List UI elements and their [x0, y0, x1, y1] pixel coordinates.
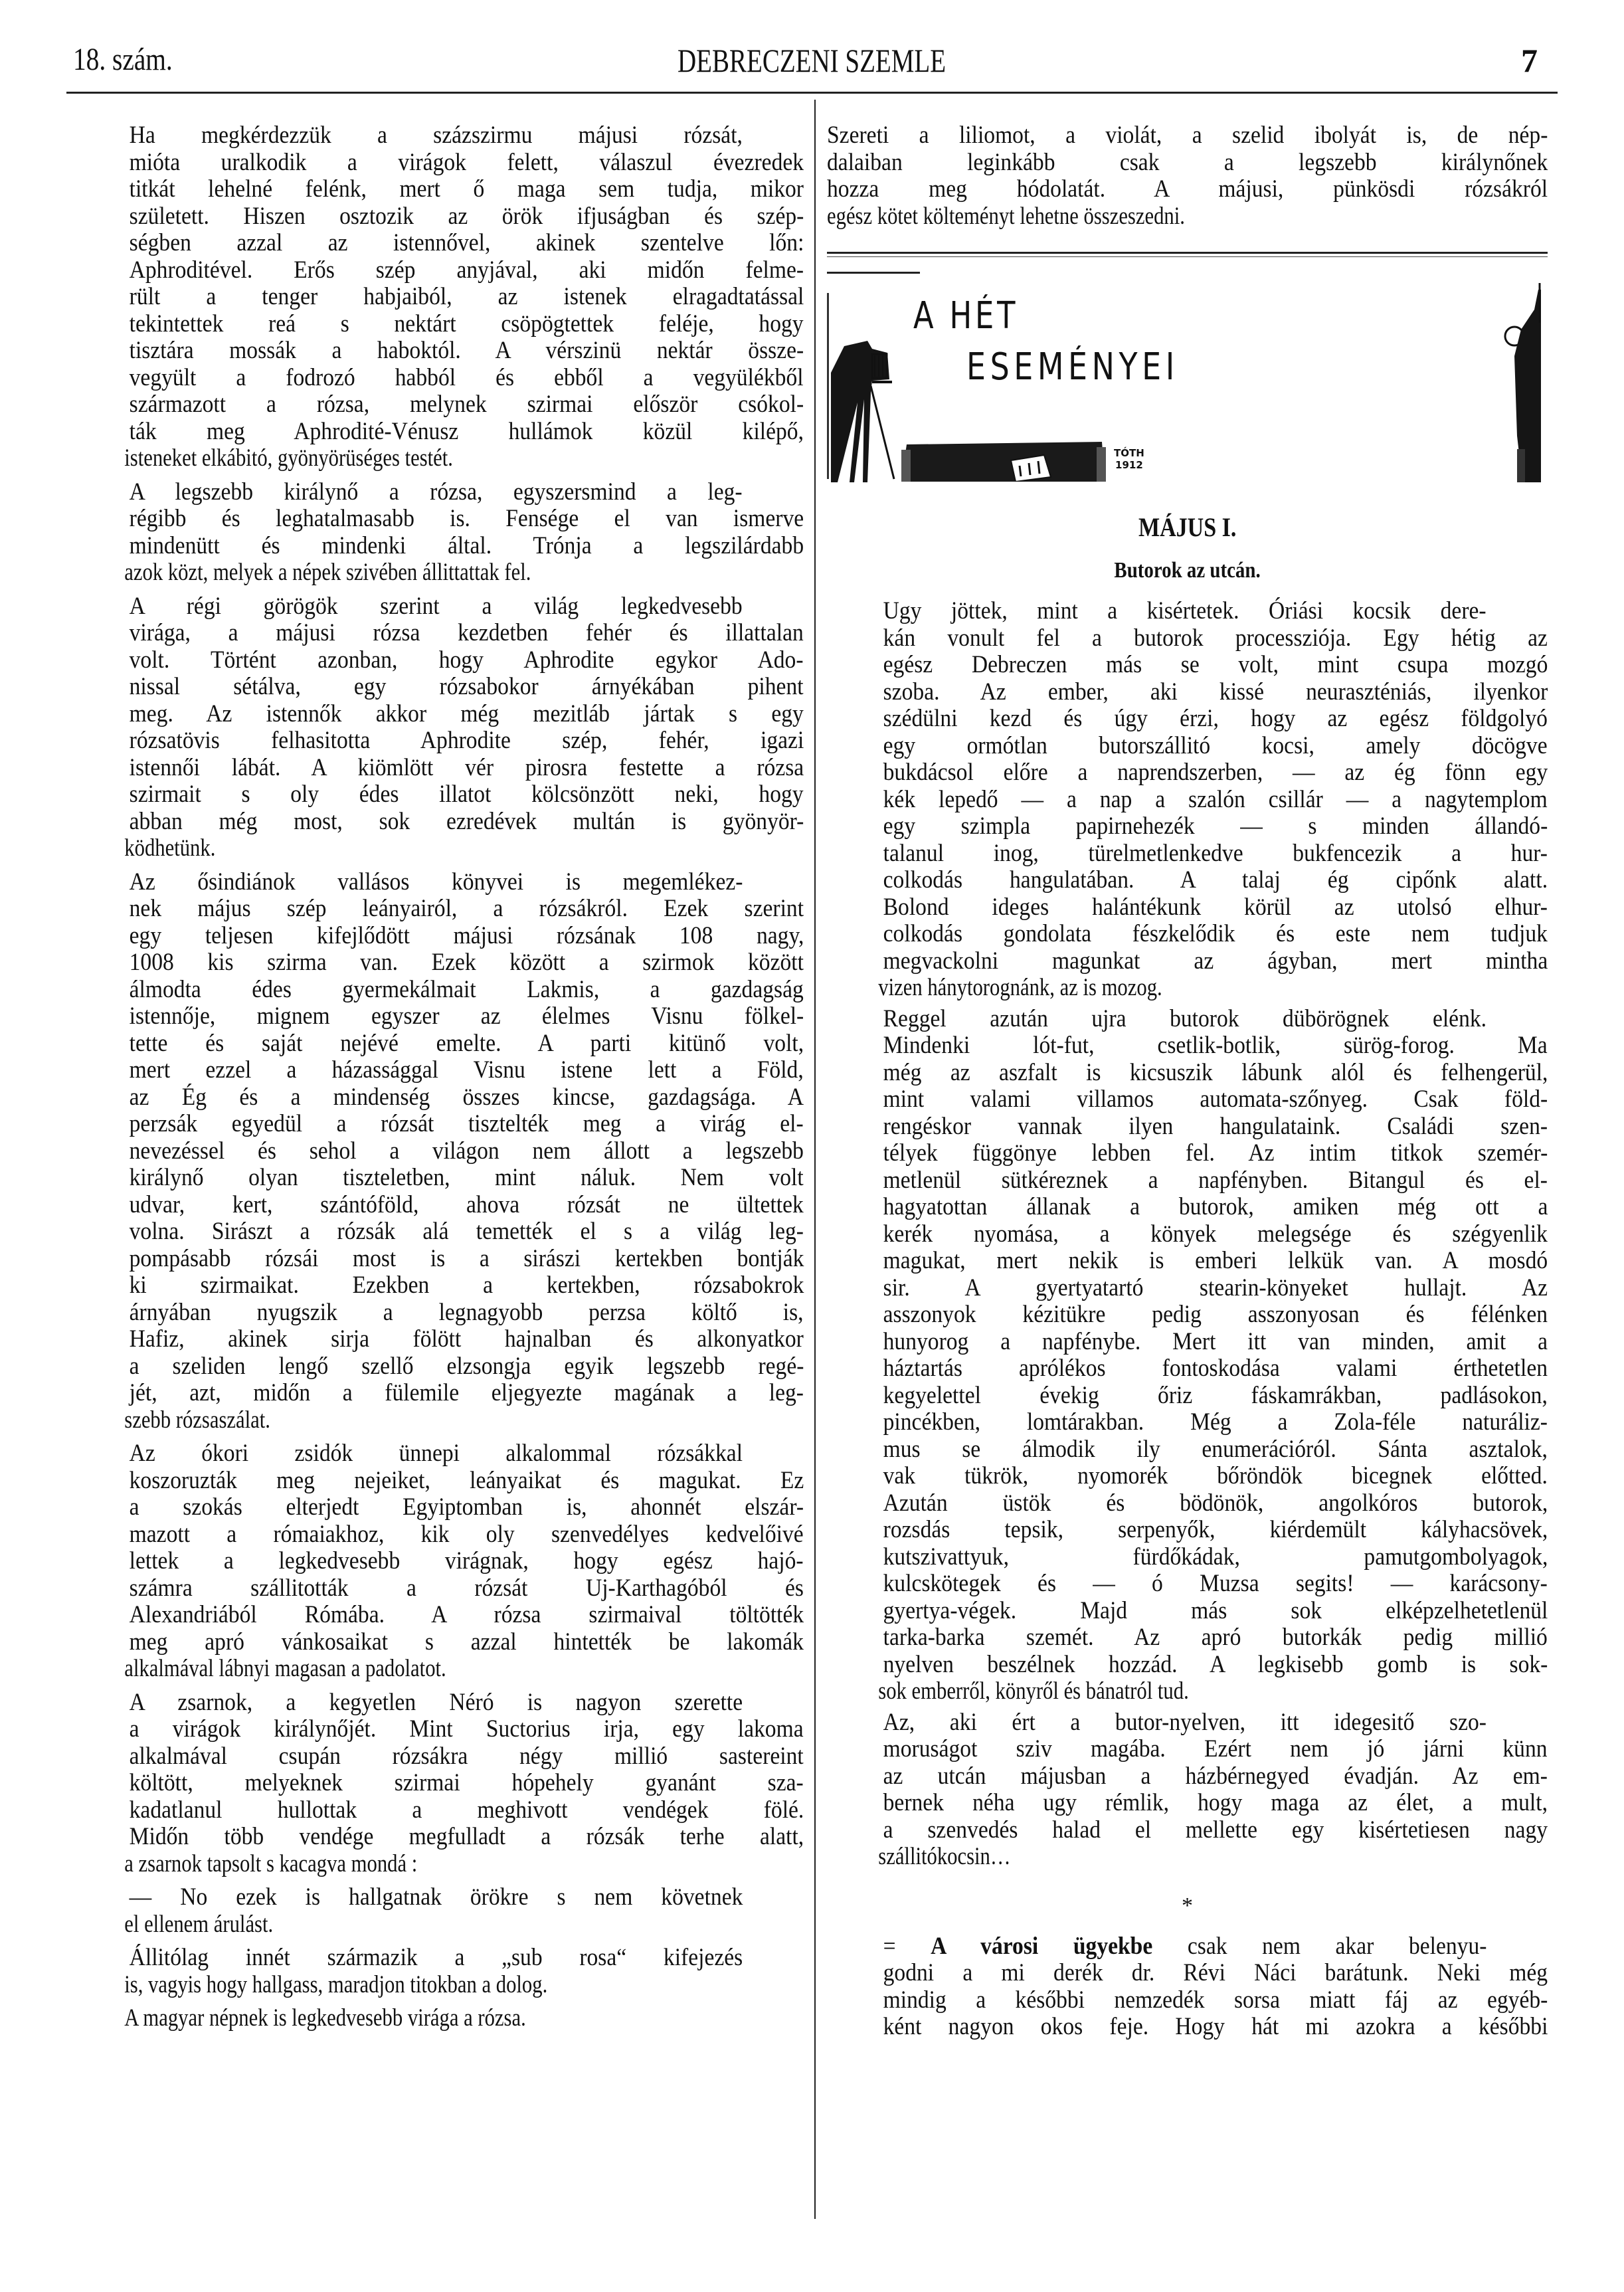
text-line: pompásabb rózsái most is a sirászi kerte…	[73, 1245, 603, 1272]
text-line: szállitókocsin…	[827, 1843, 1010, 1870]
header-rule	[66, 92, 1558, 94]
text-line: mindig a későbbi nemzedék sorsa miatt fá…	[827, 1986, 1356, 2014]
text-line: a szeliden lengő szellő elzsongja egyik …	[73, 1353, 610, 1380]
text-line: pincékben, lomtárakban. Még a Zola-féle …	[827, 1408, 1343, 1436]
news-item-first-line: = A városi ügyekbe csak nem akar belenyu…	[827, 1933, 1281, 1960]
text-line: tekintettek reá s nektárt csöpögtettek f…	[73, 310, 567, 337]
text-line: magukat, mert nekik is emberi lelkük van…	[827, 1247, 1344, 1274]
text-line: lettek a legkedvesebb virágnak, hogy egé…	[73, 1547, 567, 1575]
text-line: koszoruzták meg nejeiket, leányaikat és …	[73, 1467, 601, 1494]
text-line: gyertya-végek. Majd más sok elképzelhete…	[827, 1597, 1314, 1624]
text-line: ták meg Aphrodité-Vénusz hullámok közül …	[73, 418, 581, 445]
text-line: titkát lehelné felénk, mert ő maga sem t…	[73, 175, 585, 203]
text-line: Hafiz, akinek sirja fölött hajnalban és …	[73, 1325, 576, 1353]
text-line: Reggel azután ujra butorok dübörögnek el…	[827, 1005, 1297, 1032]
text-line: álmodta édes gyermekálmait Lakmis, a gaz…	[73, 976, 578, 1003]
text-line: szirmait s oly édes illatot kölcsönzött …	[73, 781, 561, 808]
text-line: bernek néha ugy rémlik, hogy maga az éle…	[827, 1789, 1340, 1816]
text-line: mióta uralkodik a virágok felett, válasz…	[73, 149, 592, 176]
text-line: az utcán májusban a házbérnegyed évadján…	[827, 1763, 1344, 1790]
text-line: Az, aki ért a butor-nyelven, itt idegesi…	[827, 1709, 1281, 1736]
text-line: azok közt, melyek a népek szivében állit…	[73, 559, 531, 586]
left-column: Ha megkérdezzük a százszirmu májusi rózs…	[73, 122, 804, 2032]
text-line: isteneket elkábitó, gyönyörüséges testét…	[73, 444, 453, 472]
paragraph: A legszebb királynő a rózsa, egyszersmin…	[73, 478, 804, 586]
text-line: Ha megkérdezzük a százszirmu májusi rózs…	[73, 122, 541, 149]
text-line: Mindenki lót-fut, csetlik-botlik, sürög-…	[827, 1032, 1318, 1059]
running-header: 18. szám. DEBRECZENI SZEMLE 7	[73, 41, 1551, 88]
paragraph: Állitólag innét származik a „sub rosa“ k…	[73, 1944, 804, 1998]
text-line: kék lepedő — a nap a szalón csillár — a …	[827, 786, 1372, 813]
intro-paragraph: Szereti a liliomot, a violát, a szelid i…	[827, 122, 1548, 229]
text-line: Azután üstök és bödönök, angolkóros buto…	[827, 1489, 1300, 1517]
camera-on-tripod-icon	[831, 339, 904, 482]
section-heading: MÁJUS I.	[827, 511, 1548, 544]
text-line: Az ókori zsidók ünnepi alkalommal rózsák…	[73, 1440, 540, 1467]
text-line: télyek függönye lebben fel. Az intim tit…	[827, 1139, 1343, 1167]
text-line: egy teljesen kifejlődött májusi rózsának…	[73, 922, 575, 949]
text-line: tarka-barka szemét. Az apró butorkák ped…	[827, 1624, 1332, 1651]
paragraph: A magyar népnek is legkedvesebb virága a…	[73, 2004, 804, 2032]
text-line: Bolond ideges halántékunk körül az utols…	[827, 894, 1322, 921]
text-line: nissal sétálva, egy rózsabokor árnyékába…	[73, 673, 566, 700]
text-line: — No ezek is hallgatnak örökre s nem köv…	[73, 1883, 559, 1911]
section-separator: *	[827, 1893, 1548, 1919]
text-line: rengéskor vannak ilyen hangulataink. Csa…	[827, 1113, 1342, 1140]
text-line: az Ég és a mindenség összes kincse, gazd…	[73, 1084, 586, 1111]
text-line: Alexandriából Rómába. A rózsa szirmaival…	[73, 1601, 592, 1628]
illustrator-signature: TÓTH 1912	[1114, 447, 1144, 471]
text-line: Ugy jöttek, mint a kisértetek. Óriási ko…	[827, 597, 1319, 624]
text-line: Aphroditével. Erős szép anyjával, aki mi…	[73, 256, 590, 284]
illustration-frame	[827, 293, 829, 479]
news-item-prefix: =	[883, 1932, 931, 1959]
text-line: megvackolni magunkat az ágyban, mert min…	[827, 947, 1307, 975]
text-line: istennői lábát. A kiömlött vér pirosra f…	[73, 754, 594, 781]
text-line: nevezéssel és sehol a világon nem állott…	[73, 1137, 584, 1165]
illustration-title-line1: A HÉT	[913, 303, 1018, 330]
text-line: hagyatottan állanak a butorok, amiken mé…	[827, 1193, 1312, 1220]
text-line: is, vagyis hogy hallgass, maradjon titok…	[73, 1971, 547, 1998]
text-line: 1008 kis szirma van. Ezek között a szirm…	[73, 949, 580, 976]
text-line: abban még most, sok ezredévek multán is …	[73, 808, 588, 835]
news-item-paragraph: = A városi ügyekbe csak nem akar belenyu…	[827, 1933, 1548, 2040]
text-line: számra szállitották a rózsát Uj-Karthagó…	[73, 1575, 541, 1602]
text-line: szebb rózsaszálat.	[73, 1406, 270, 1434]
table-with-paper-icon	[901, 440, 1107, 482]
text-line: mus se álmodik ily enumerációról. Sánta …	[827, 1436, 1332, 1463]
text-line: meg. Az istennők akkor még mezitláb járt…	[73, 700, 576, 727]
text-line: tisztára mossák a haboktól. A vérszinü n…	[73, 337, 594, 364]
text-line: volna. Sirászt a rózsák alá temették el …	[73, 1218, 586, 1245]
section-subheading: Butorok az utcán.	[827, 556, 1548, 585]
text-line: virága, a májusi rózsa kezdetben fehér é…	[73, 619, 579, 646]
text-line: régibb és leghatalmasabb is. Fensége el …	[73, 505, 595, 532]
text-line: egy szimpla papirnehezék — s minden álla…	[827, 812, 1308, 840]
text-line: szoba. Az ember, aki kissé neuraszténiás…	[827, 678, 1330, 706]
text-line: Midőn több vendége megfulladt a rózsák t…	[73, 1823, 595, 1850]
text-line: ki szirmaikat. Ezekben a kertekben, rózs…	[73, 1272, 563, 1299]
signature-year: 1912	[1114, 459, 1144, 471]
text-line: vegyült a fodrozó habból és ebből a vegy…	[73, 364, 564, 391]
text-line: kán vonult fel a butorok processziója. E…	[827, 624, 1336, 652]
illustration-title-line2: ESEMÉNYEI	[966, 354, 1179, 381]
text-line: árnyában nyugszik a legnagyobb perzsa kö…	[73, 1299, 563, 1326]
text-line: talanul inog, türelmetlenkedve bukfencez…	[827, 840, 1327, 867]
text-line: kerék nyomása, a könyek melegsége és szé…	[827, 1220, 1335, 1248]
text-line: ségben azzal az istennővel, akinek szent…	[73, 229, 565, 256]
text-line: költött, melyeknek szirmai hópehely gyan…	[73, 1769, 573, 1796]
text-line: származott a rózsa, melynek szirmai elős…	[73, 391, 594, 418]
text-line: mert ezzel a házassággal Visnu istene le…	[73, 1056, 566, 1084]
text-line: tette és saját nejévé emelte. A parti ki…	[73, 1030, 547, 1057]
paragraph: Ugy jöttek, mint a kisértetek. Óriási ko…	[827, 597, 1548, 1001]
text-line: bukdácsol előre a naprendszerben, — az é…	[827, 759, 1354, 786]
text-line: mint valami villamos automata-szőnyeg. C…	[827, 1086, 1345, 1113]
section-divider-rule	[827, 252, 1548, 257]
text-line: rozsdás tepsik, serpenyők, kiérdemült ká…	[827, 1516, 1352, 1543]
text-line: mazott a rómaiakhoz, kik oly szenvedélye…	[73, 1521, 617, 1548]
column-divider	[814, 100, 816, 2219]
text-line: vak tükrök, nyomorék bőröndök bicegnek e…	[827, 1462, 1330, 1489]
publication-title: DEBRECZENI SZEMLE	[73, 41, 1551, 80]
news-item-first-line-rest: csak nem akar belenyu-	[1152, 1932, 1487, 1959]
text-line: mindenütt és mindenki által. Trónja a le…	[73, 532, 587, 559]
text-line: colkodás gondolata fészkelődik és este n…	[827, 920, 1335, 947]
text-line: a szenvedés halad el mellette egy kisért…	[827, 1816, 1346, 1844]
text-line: Szereti a liliomot, a violát, a szelid i…	[827, 122, 1302, 149]
text-line: kulcskötegek és — ó Muzsa segits! — kará…	[827, 1570, 1330, 1597]
paragraph: Reggel azután ujra butorok dübörögnek el…	[827, 1005, 1548, 1705]
text-line: háztartás aprólékos fontoskodása valami …	[827, 1355, 1344, 1382]
text-line: nyelven beszélnek hozzád. A legkisebb go…	[827, 1651, 1352, 1678]
text-line: királynő olyan tiszteletben, mint náluk.…	[73, 1164, 568, 1191]
text-line: egész kötet költeményt lehetne összeszed…	[827, 203, 1185, 230]
text-line: hunyorog a napfénybe. Mert itt van minde…	[827, 1328, 1338, 1355]
paragraph: A zsarnok, a kegyetlen Néró is nagyon sz…	[73, 1689, 804, 1877]
text-line: dalaiban leginkább csak a legszebb királ…	[827, 149, 1252, 176]
paragraph: Az ókori zsidók ünnepi alkalommal rózsák…	[73, 1440, 804, 1682]
text-line: szédülni kezd és úgy érzi, hogy az egész…	[827, 705, 1336, 732]
text-line: alkalmával lábnyi magasan a padolatot.	[73, 1655, 446, 1682]
text-line: a szokás elterjedt Egyiptomban is, ahonn…	[73, 1493, 575, 1521]
section-heading-text: MÁJUS I.	[1138, 511, 1236, 544]
text-line: volt. Történt azonban, hogy Aphrodite eg…	[73, 646, 588, 674]
text-line: született. Hiszen osztozik az örök ifjus…	[73, 203, 604, 230]
text-line: nek május szép leányairól, a rózsákról. …	[73, 895, 590, 922]
text-line: istennője, mignem egyszer az élelmes Vis…	[73, 1003, 588, 1030]
text-line: sok emberről, könyről és bánatról tud.	[827, 1677, 1189, 1705]
text-line: Az ősindiánok vallásos könyvei is megeml…	[73, 868, 559, 896]
text-line: rózsatövis felhasitotta Aphrodite szép, …	[73, 727, 575, 754]
text-line: kadatlanul hullottak a meghivott vendége…	[73, 1796, 555, 1824]
text-line: kutszivattyuk, fürdőkádak, pamutgombolya…	[827, 1543, 1311, 1571]
text-line: A régi görögök szerint a világ legkedves…	[73, 593, 522, 620]
publication-title-text: DEBRECZENI SZEMLE	[677, 41, 946, 80]
text-line: udvar, kert, szántóföld, ahova rózsát ne…	[73, 1191, 551, 1218]
text-line: rült a tenger habjaiból, az istenek elra…	[73, 283, 562, 310]
page-number: 7	[1521, 41, 1538, 80]
paragraph: Az ősindiánok vallásos könyvei is megeml…	[73, 868, 804, 1434]
text-line: a virágok királynőjét. Mint Suctorius ir…	[73, 1715, 610, 1743]
text-line: kegyelettel évekig őriz fáskamrákban, pa…	[827, 1382, 1335, 1409]
text-line: meg apró vánkosaikat s azzal hintették b…	[73, 1628, 583, 1656]
text-line: a zsarnok tapsolt s kacagva mondá :	[73, 1850, 417, 1877]
text-line: godni a mi derék dr. Révi Náci barátunk.…	[827, 1959, 1340, 1986]
text-line: metlenül sütkéreznek a napfényben. Bitan…	[827, 1167, 1340, 1194]
paragraph: A régi görögök szerint a világ legkedves…	[73, 593, 804, 862]
text-line: hozza meg hódolatát. A májusi, pünkösdi …	[827, 175, 1283, 203]
text-line: moruságot sziv magába. Ezért nem jó járn…	[827, 1735, 1316, 1763]
paragraph: Az, aki ért a butor-nyelven, itt idegesi…	[827, 1709, 1548, 1870]
text-line: egy ormótlan butorszállitó kocsi, amely …	[827, 732, 1318, 759]
text-line: egész Debreczen más se volt, mint csupa …	[827, 651, 1314, 678]
text-line: el ellenem árulást.	[73, 1911, 274, 1938]
text-line: még az aszfalt is kicsuszik lábunk alól …	[827, 1059, 1362, 1086]
text-line: A magyar népnek is legkedvesebb virága a…	[73, 2004, 526, 2032]
signature-name: TÓTH	[1114, 447, 1144, 459]
right-column: Szereti a liliomot, a violát, a szelid i…	[827, 122, 1548, 2040]
text-line: colkodás hangulatában. A talaj ég cipőnk…	[827, 866, 1298, 894]
text-line: perzsák egyedül a rózsát tisztelték meg …	[73, 1110, 574, 1137]
boy-figure-icon	[1502, 283, 1542, 482]
text-line: Állitólag innét származik a „sub rosa“ k…	[73, 1944, 554, 1971]
text-line: asszonyok kézitükre pedig asszonyosan és…	[827, 1301, 1343, 1328]
text-line: vizen hánytorognánk, az is mozog.	[827, 974, 1162, 1001]
paragraph: — No ezek is hallgatnak örökre s nem köv…	[73, 1883, 804, 1937]
text-line: A zsarnok, a kegyetlen Néró is nagyon sz…	[73, 1689, 548, 1716]
paragraph: Ha megkérdezzük a százszirmu májusi rózs…	[73, 122, 804, 472]
text-line: sir. A gyertyatartó stearin-könyeket hul…	[827, 1274, 1295, 1301]
text-line: ként nagyon okos feje. Hogy hát mi azokr…	[827, 2013, 1358, 2040]
weekly-events-illustration: A HÉT ESEMÉNYEI TÓTH 1912	[827, 266, 1548, 486]
section-subheading-text: Butorok az utcán.	[1114, 556, 1260, 585]
illustration-top-rule	[827, 272, 920, 274]
text-line: A legszebb királynő a rózsa, egyszersmin…	[73, 478, 566, 506]
news-item-lead: A városi ügyekbe	[931, 1932, 1152, 1959]
text-line: alkalmával csupán rózsákra négy millió s…	[73, 1743, 573, 1770]
text-line: jét, azt, midőn a fülemile eljegyezte ma…	[73, 1379, 590, 1406]
text-line: ködhetünk.	[73, 834, 215, 862]
section-body: Ugy jöttek, mint a kisértetek. Óriási ko…	[827, 597, 1548, 1870]
